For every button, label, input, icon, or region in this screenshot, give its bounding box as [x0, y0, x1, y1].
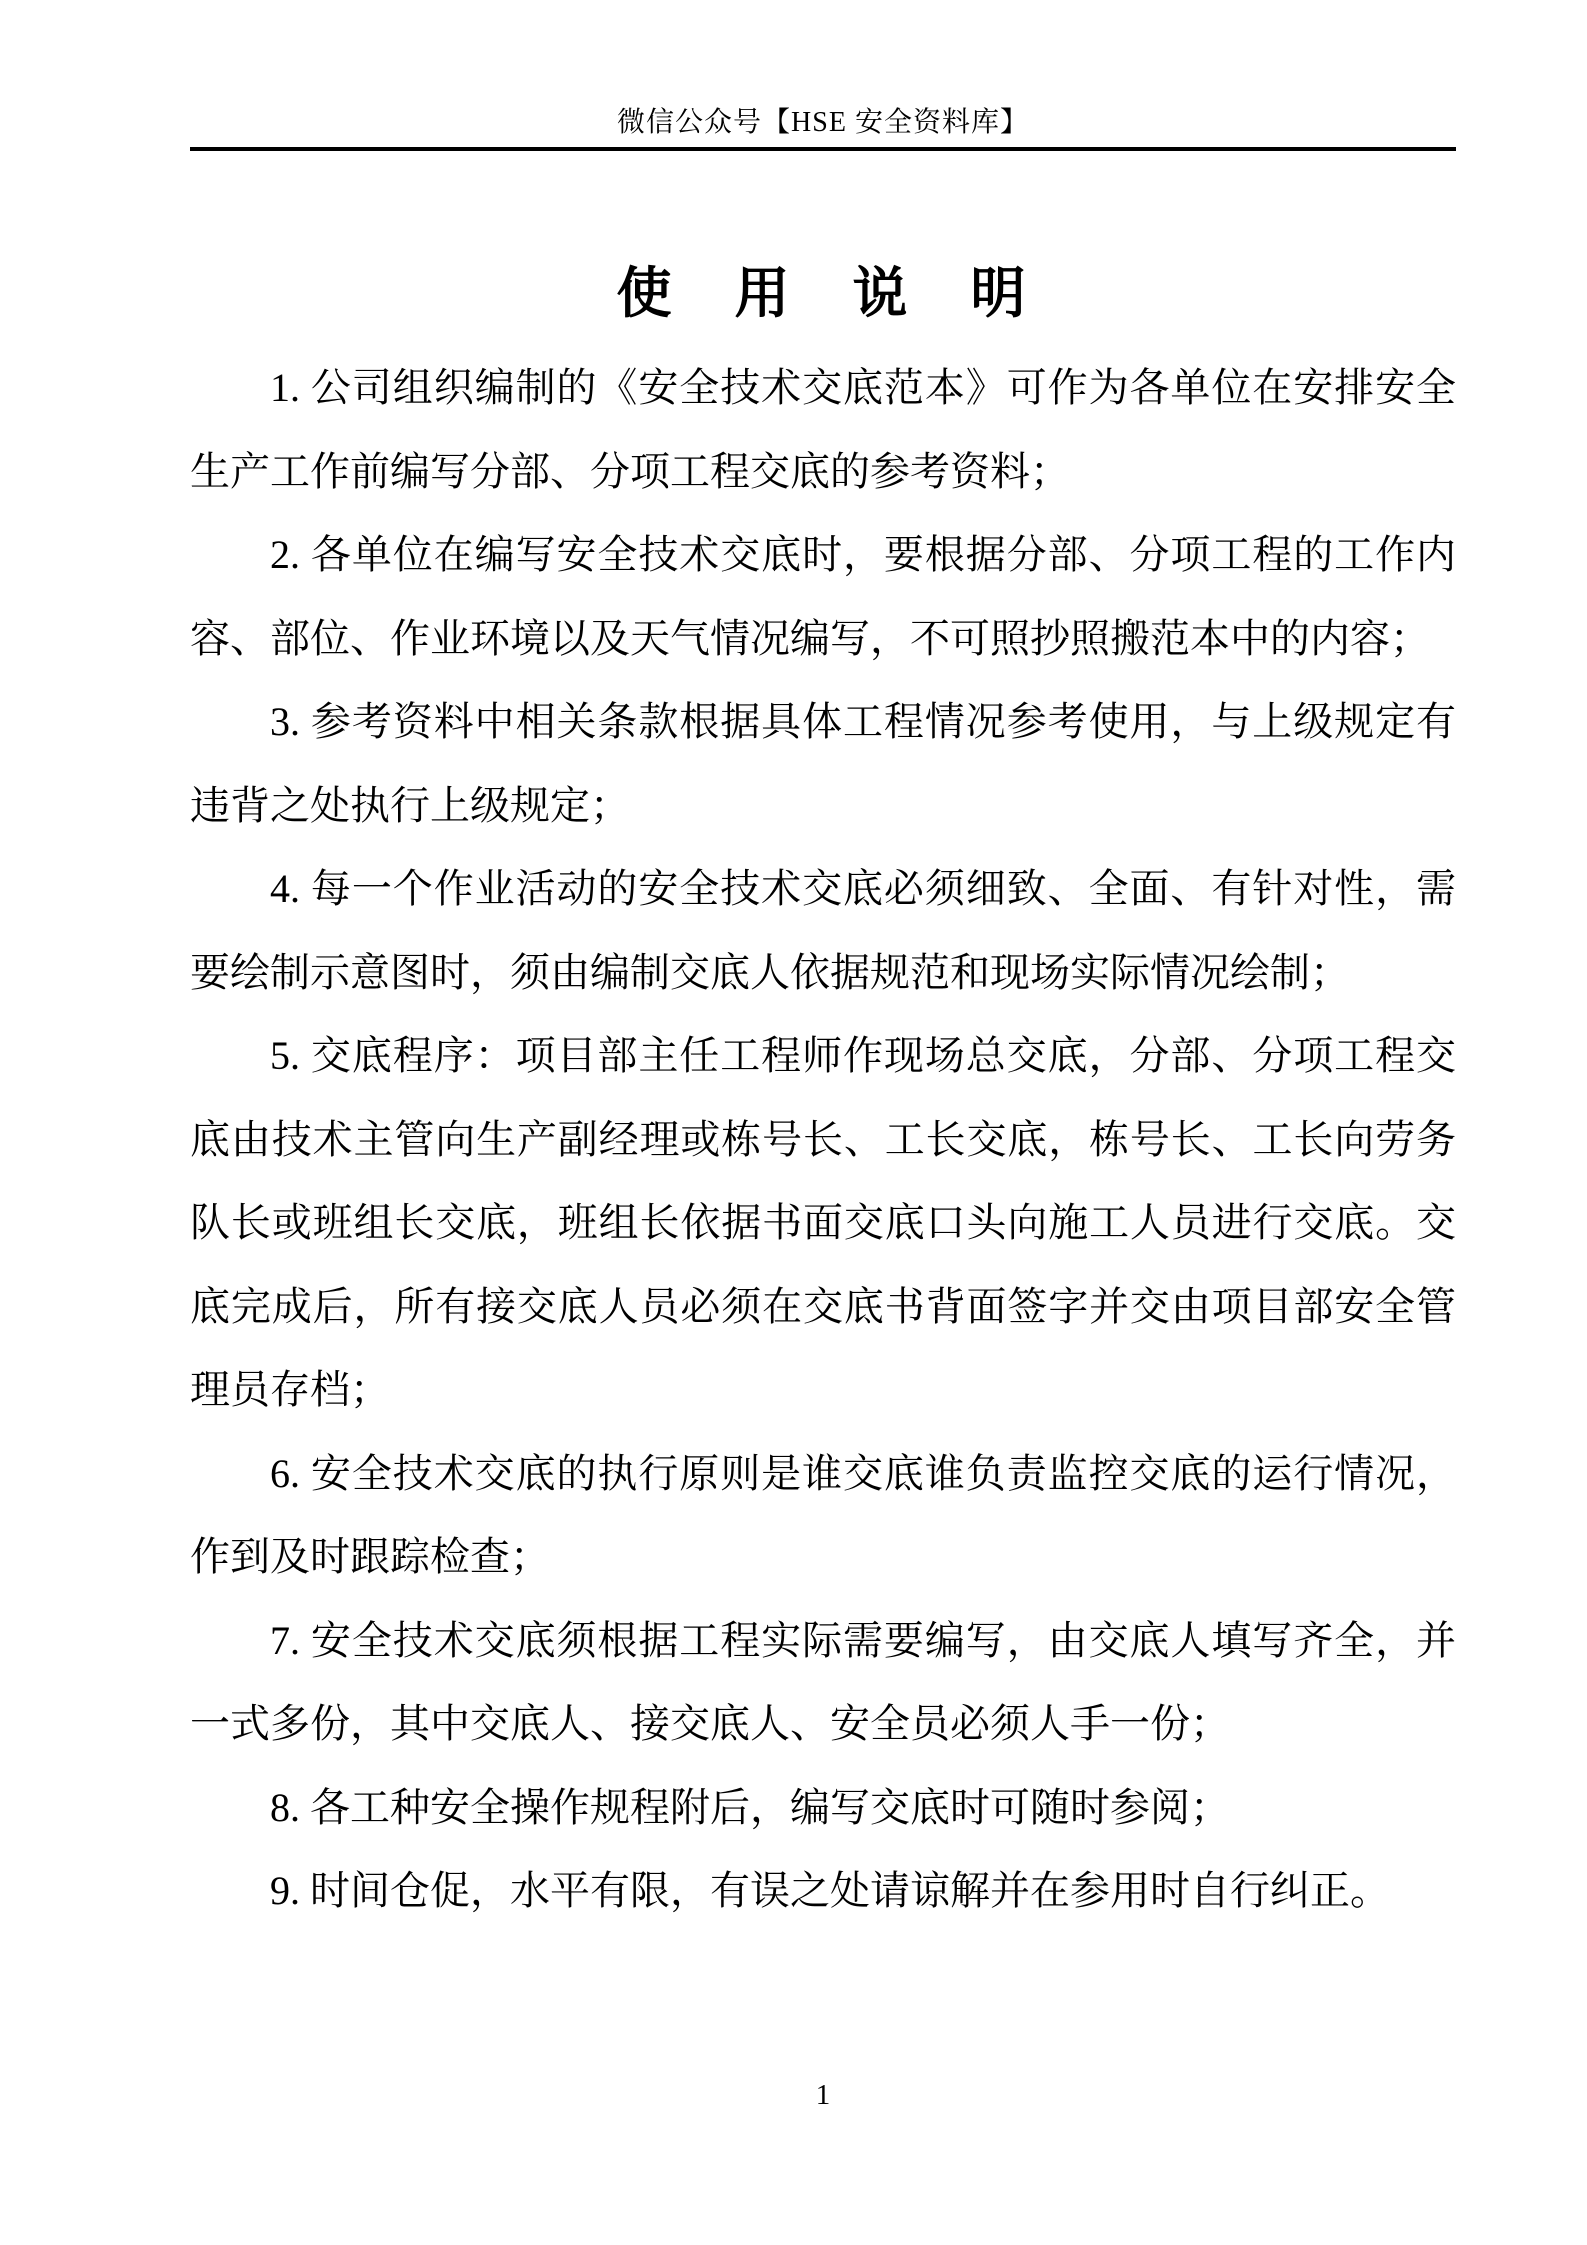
instruction-paragraph-5: 5. 交底程序：项目部主任工程师作现场总交底，分部、分项工程交底由技术主管向生产…	[190, 1014, 1456, 1432]
instruction-paragraph-3: 3. 参考资料中相关条款根据具体工程情况参考使用，与上级规定有违背之处执行上级规…	[190, 680, 1456, 847]
page-header: 微信公众号【HSE 安全资料库】	[190, 106, 1456, 151]
header-rule	[190, 147, 1456, 151]
instruction-paragraph-7: 7. 安全技术交底须根据工程实际需要编写，由交底人填写齐全，并一式多份，其中交底…	[190, 1599, 1456, 1766]
header-wechat-account-label: 微信公众号【HSE 安全资料库】	[190, 106, 1456, 140]
instruction-paragraph-8: 8. 各工种安全操作规程附后，编写交底时可随时参阅；	[190, 1766, 1456, 1850]
document-title: 使 用 说 明	[190, 258, 1456, 330]
instruction-paragraph-2: 2. 各单位在编写安全技术交底时，要根据分部、分项工程的工作内容、部位、作业环境…	[190, 513, 1456, 680]
instruction-paragraph-4: 4. 每一个作业活动的安全技术交底必须细致、全面、有针对性，需要绘制示意图时，须…	[190, 847, 1456, 1014]
page-number: 1	[816, 2079, 831, 2111]
instruction-paragraph-9: 9. 时间仓促，水平有限，有误之处请谅解并在参用时自行纠正。	[190, 1849, 1456, 1933]
document-body: 1. 公司组织编制的《安全技术交底范本》可作为各单位在安排安全生产工作前编写分部…	[190, 346, 1456, 1933]
instruction-paragraph-6: 6. 安全技术交底的执行原则是谁交底谁负责监控交底的运行情况，作到及时跟踪检查；	[190, 1432, 1456, 1599]
page-footer: 1	[190, 2078, 1456, 2112]
instruction-paragraph-1: 1. 公司组织编制的《安全技术交底范本》可作为各单位在安排安全生产工作前编写分部…	[190, 346, 1456, 513]
document-page: 微信公众号【HSE 安全资料库】 使 用 说 明 1. 公司组织编制的《安全技术…	[0, 0, 1587, 2245]
